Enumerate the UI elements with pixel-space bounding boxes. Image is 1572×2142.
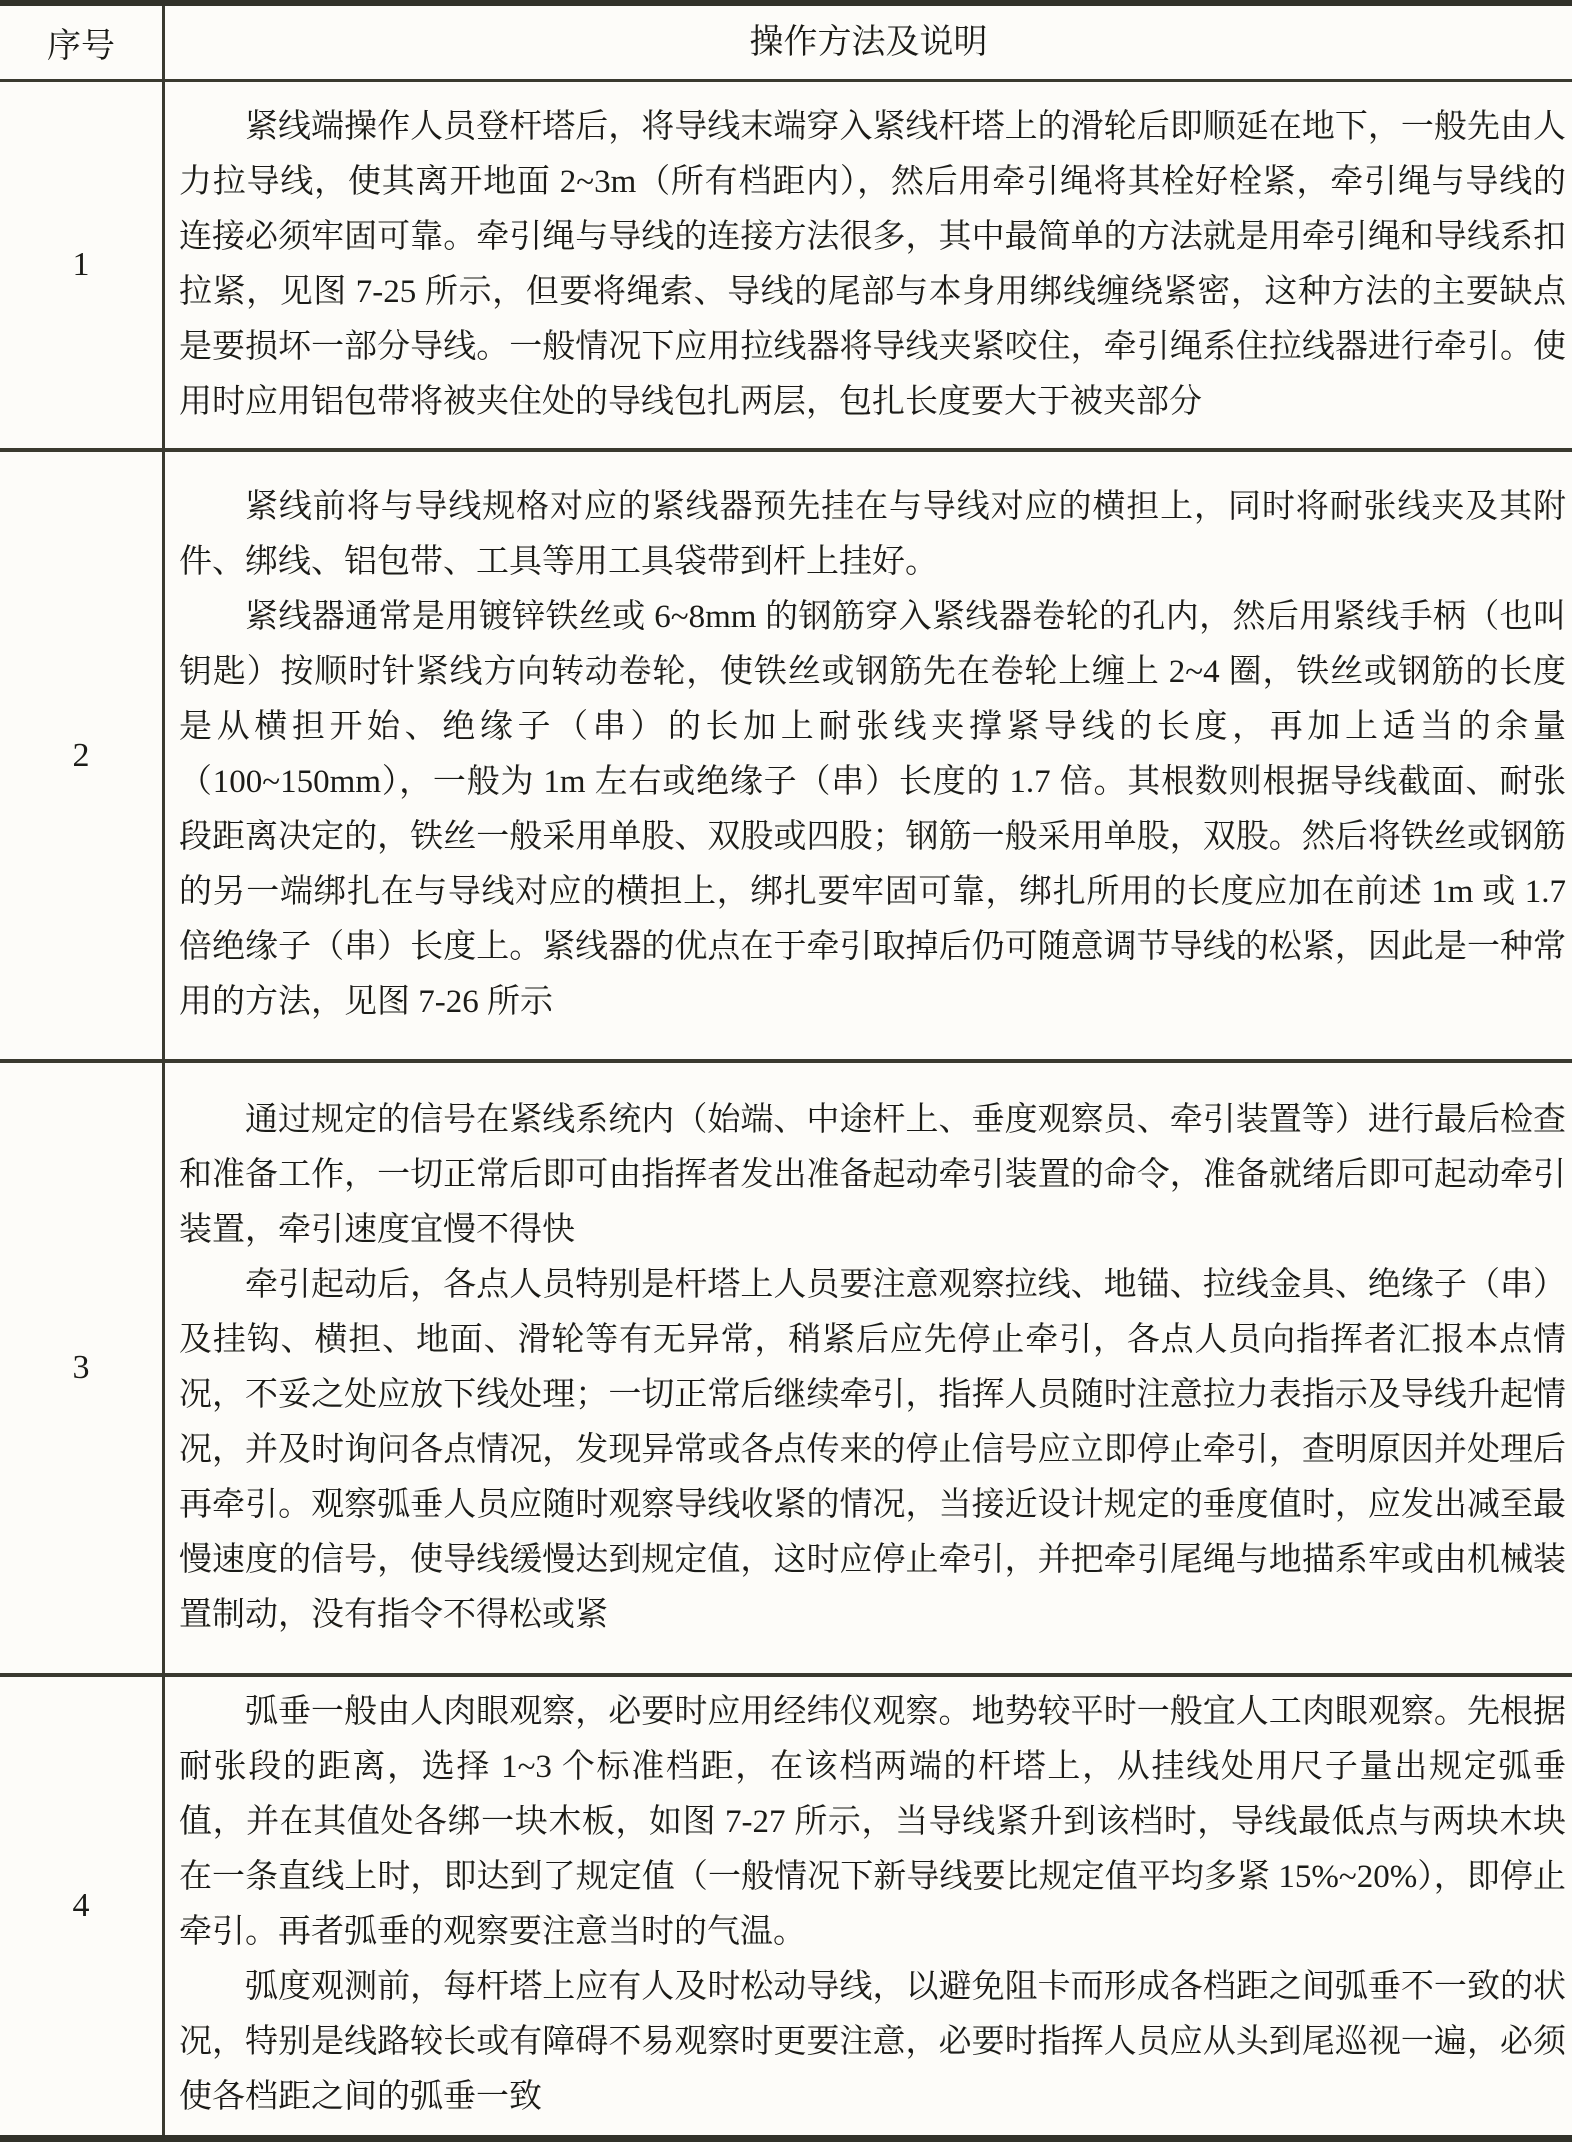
table-row: 2 紧线前将与导线规格对应的紧线器预先挂在与导线对应的横担上，同时将耐张线夹及其… <box>0 452 1572 1063</box>
table-row: 3 通过规定的信号在紧线系统内（始端、中途杆上、垂度观察员、牵引装置等）进行最后… <box>0 1063 1572 1677</box>
row-number: 4 <box>0 1677 165 2135</box>
row-number: 3 <box>0 1063 165 1673</box>
row-content: 紧线前将与导线规格对应的紧线器预先挂在与导线对应的横担上，同时将耐张线夹及其附件… <box>165 452 1572 1059</box>
row-content: 通过规定的信号在紧线系统内（始端、中途杆上、垂度观察员、牵引装置等）进行最后检查… <box>165 1063 1572 1673</box>
table-row: 4 弧垂一般由人肉眼观察，必要时应用经纬仪观察。地势较平时一般宜人工肉眼观察。先… <box>0 1677 1572 2135</box>
row-content: 弧垂一般由人肉眼观察，必要时应用经纬仪观察。地势较平时一般宜人工肉眼观察。先根据… <box>165 1677 1572 2135</box>
paragraph: 紧线器通常是用镀锌铁丝或 6~8mm 的钢筋穿入紧线器卷轮的孔内，然后用紧线手柄… <box>179 590 1566 1030</box>
paragraph: 牵引起动后，各点人员特别是杆塔上人员要注意观察拉线、地锚、拉线金具、绝缘子（串）… <box>179 1258 1566 1643</box>
table-row: 1 紧线端操作人员登杆塔后，将导线末端穿入紧线杆塔上的滑轮后即顺延在地下，一般先… <box>0 82 1572 452</box>
paragraph: 通过规定的信号在紧线系统内（始端、中途杆上、垂度观察员、牵引装置等）进行最后检查… <box>179 1093 1566 1258</box>
operations-table: 序号 操作方法及说明 1 紧线端操作人员登杆塔后，将导线末端穿入紧线杆塔上的滑轮… <box>0 0 1572 2142</box>
row-content: 紧线端操作人员登杆塔后，将导线末端穿入紧线杆塔上的滑轮后即顺延在地下，一般先由人… <box>165 82 1572 448</box>
paragraph: 紧线端操作人员登杆塔后，将导线末端穿入紧线杆塔上的滑轮后即顺延在地下，一般先由人… <box>179 100 1566 430</box>
paragraph: 紧线前将与导线规格对应的紧线器预先挂在与导线对应的横担上，同时将耐张线夹及其附件… <box>179 480 1566 590</box>
header-cell-number: 序号 <box>0 6 165 79</box>
header-cell-description: 操作方法及说明 <box>165 6 1572 79</box>
paragraph: 弧垂一般由人肉眼观察，必要时应用经纬仪观察。地势较平时一般宜人工肉眼观察。先根据… <box>179 1685 1566 1960</box>
row-number: 1 <box>0 82 165 448</box>
page: 序号 操作方法及说明 1 紧线端操作人员登杆塔后，将导线末端穿入紧线杆塔上的滑轮… <box>0 0 1572 2142</box>
row-number: 2 <box>0 452 165 1059</box>
header-row: 序号 操作方法及说明 <box>0 6 1572 82</box>
paragraph: 弧度观测前，每杆塔上应有人及时松动导线，以避免阻卡而形成各档距之间弧垂不一致的状… <box>179 1960 1566 2125</box>
